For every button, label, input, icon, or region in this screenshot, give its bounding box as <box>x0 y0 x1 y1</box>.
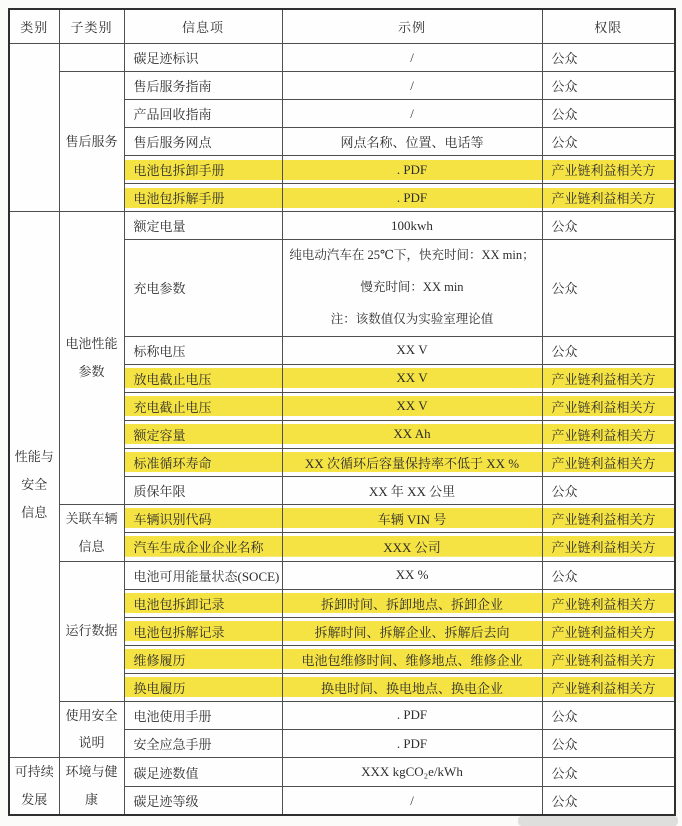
permission-cell: 产业链利益相关方 <box>542 364 675 392</box>
permission-cell: 公众 <box>542 729 675 757</box>
permission-cell: 公众 <box>542 561 675 589</box>
example-cell: / <box>282 100 542 128</box>
subcategory-cell: 使用安全 说明 <box>59 701 124 758</box>
header-category: 类别 <box>9 9 59 44</box>
header-subcategory: 子类别 <box>59 9 124 44</box>
example-cell: XX Ah <box>282 420 542 448</box>
subcategory-cell: 售后服务 <box>59 72 124 212</box>
permission-cell: 产业链利益相关方 <box>542 504 675 532</box>
info-item-cell: 汽车生成企业企业名称 <box>124 533 282 561</box>
permission-cell: 公众 <box>542 786 675 815</box>
info-item-cell: 电池包拆解手册 <box>124 184 282 212</box>
permission-cell: 产业链利益相关方 <box>542 617 675 645</box>
example-cell: 拆卸时间、拆卸地点、拆卸企业 <box>282 589 542 617</box>
header-permission: 权限 <box>542 9 675 44</box>
permission-cell: 公众 <box>542 128 675 156</box>
permission-cell: 公众 <box>542 240 675 337</box>
document-page: 类别 子类别 信息项 示例 权限 碳足迹标识 / 公众 售后服务 售后服务指南 … <box>0 0 682 826</box>
info-item-cell: 售后服务网点 <box>124 128 282 156</box>
info-item-cell: 产品回收指南 <box>124 100 282 128</box>
example-cell: XXX kgCO₂e/kWh <box>282 758 542 786</box>
battery-info-table: 类别 子类别 信息项 示例 权限 碳足迹标识 / 公众 售后服务 售后服务指南 … <box>8 8 676 816</box>
subcategory-cell: 电池性能 参数 <box>59 212 124 505</box>
subcategory-cell: 环境与健 康 <box>59 758 124 815</box>
permission-cell: 产业链利益相关方 <box>542 645 675 673</box>
example-cell: XX 次循环后容量保持率不低于 XX % <box>282 448 542 476</box>
info-item-cell: 车辆识别代码 <box>124 504 282 532</box>
table-row: 可持续 发展 环境与健 康 碳足迹数值 XXX kgCO₂e/kWh 公众 <box>9 758 675 786</box>
permission-cell: 公众 <box>542 212 675 240</box>
permission-cell: 产业链利益相关方 <box>542 392 675 420</box>
permission-cell: 公众 <box>542 72 675 100</box>
info-item-cell: 标称电压 <box>124 336 282 364</box>
permission-cell: 公众 <box>542 758 675 786</box>
example-cell: 纯电动汽车在 25℃下，快充时间：XX min； 慢充时间：XX min 注：该… <box>282 240 542 337</box>
permission-cell: 公众 <box>542 44 675 72</box>
info-item-cell: 维修履历 <box>124 645 282 673</box>
info-item-cell: 电池包拆卸记录 <box>124 589 282 617</box>
info-item-cell: 标准循环寿命 <box>124 448 282 476</box>
example-cell: 换电时间、换电地点、换电企业 <box>282 673 542 701</box>
category-cell <box>9 44 59 212</box>
table-row: 售后服务 售后服务指南 / 公众 <box>9 72 675 100</box>
example-cell: XX % <box>282 561 542 589</box>
example-cell: XX V <box>282 364 542 392</box>
example-cell: / <box>282 44 542 72</box>
header-info-item: 信息项 <box>124 9 282 44</box>
example-cell: XXX 公司 <box>282 533 542 561</box>
example-cell: . PDF <box>282 701 542 729</box>
example-cell: 车辆 VIN 号 <box>282 504 542 532</box>
permission-cell: 产业链利益相关方 <box>542 589 675 617</box>
info-item-cell: 质保年限 <box>124 476 282 504</box>
info-item-cell: 电池包拆卸手册 <box>124 156 282 184</box>
permission-cell: 公众 <box>542 476 675 504</box>
info-item-cell: 电池可用能量状态(SOCE) <box>124 561 282 589</box>
example-cell: . PDF <box>282 184 542 212</box>
permission-cell: 公众 <box>542 336 675 364</box>
permission-cell: 产业链利益相关方 <box>542 184 675 212</box>
subcategory-cell: 运行数据 <box>59 561 124 701</box>
info-item-cell: 碳足迹标识 <box>124 44 282 72</box>
info-item-cell: 碳足迹等级 <box>124 786 282 815</box>
example-cell: XX 年 XX 公里 <box>282 476 542 504</box>
example-cell: 100kwh <box>282 212 542 240</box>
permission-cell: 产业链利益相关方 <box>542 673 675 701</box>
info-item-cell: 电池使用手册 <box>124 701 282 729</box>
scan-artifact <box>518 816 678 826</box>
header-example: 示例 <box>282 9 542 44</box>
table-row: 运行数据 电池可用能量状态(SOCE) XX % 公众 <box>9 561 675 589</box>
example-cell: . PDF <box>282 156 542 184</box>
category-cell: 可持续 发展 <box>9 758 59 815</box>
info-item-cell: 碳足迹数值 <box>124 758 282 786</box>
info-item-cell: 放电截止电压 <box>124 364 282 392</box>
table-row: 碳足迹标识 / 公众 <box>9 44 675 72</box>
example-cell: / <box>282 786 542 815</box>
example-cell: XX V <box>282 392 542 420</box>
example-cell: XX V <box>282 336 542 364</box>
info-item-cell: 充电参数 <box>124 240 282 337</box>
subcategory-cell <box>59 44 124 72</box>
permission-cell: 产业链利益相关方 <box>542 420 675 448</box>
info-item-cell: 额定容量 <box>124 420 282 448</box>
example-cell: 电池包维修时间、维修地点、维修企业 <box>282 645 542 673</box>
permission-cell: 产业链利益相关方 <box>542 448 675 476</box>
table-row: 关联车辆 信息 车辆识别代码 车辆 VIN 号 产业链利益相关方 <box>9 504 675 532</box>
permission-cell: 公众 <box>542 701 675 729</box>
example-cell: / <box>282 72 542 100</box>
permission-cell: 产业链利益相关方 <box>542 156 675 184</box>
info-item-cell: 额定电量 <box>124 212 282 240</box>
info-item-cell: 充电截止电压 <box>124 392 282 420</box>
header-row: 类别 子类别 信息项 示例 权限 <box>9 9 675 44</box>
info-item-cell: 售后服务指南 <box>124 72 282 100</box>
example-cell: 网点名称、位置、电话等 <box>282 128 542 156</box>
info-item-cell: 换电履历 <box>124 673 282 701</box>
permission-cell: 产业链利益相关方 <box>542 533 675 561</box>
category-cell: 性能与 安全 信息 <box>9 212 59 758</box>
info-item-cell: 电池包拆解记录 <box>124 617 282 645</box>
permission-cell: 公众 <box>542 100 675 128</box>
info-item-cell: 安全应急手册 <box>124 729 282 757</box>
table-row: 性能与 安全 信息 电池性能 参数 额定电量 100kwh 公众 <box>9 212 675 240</box>
table-row: 使用安全 说明 电池使用手册 . PDF 公众 <box>9 701 675 729</box>
example-cell: 拆解时间、拆解企业、拆解后去向 <box>282 617 542 645</box>
example-cell: . PDF <box>282 729 542 757</box>
subcategory-cell: 关联车辆 信息 <box>59 504 124 561</box>
